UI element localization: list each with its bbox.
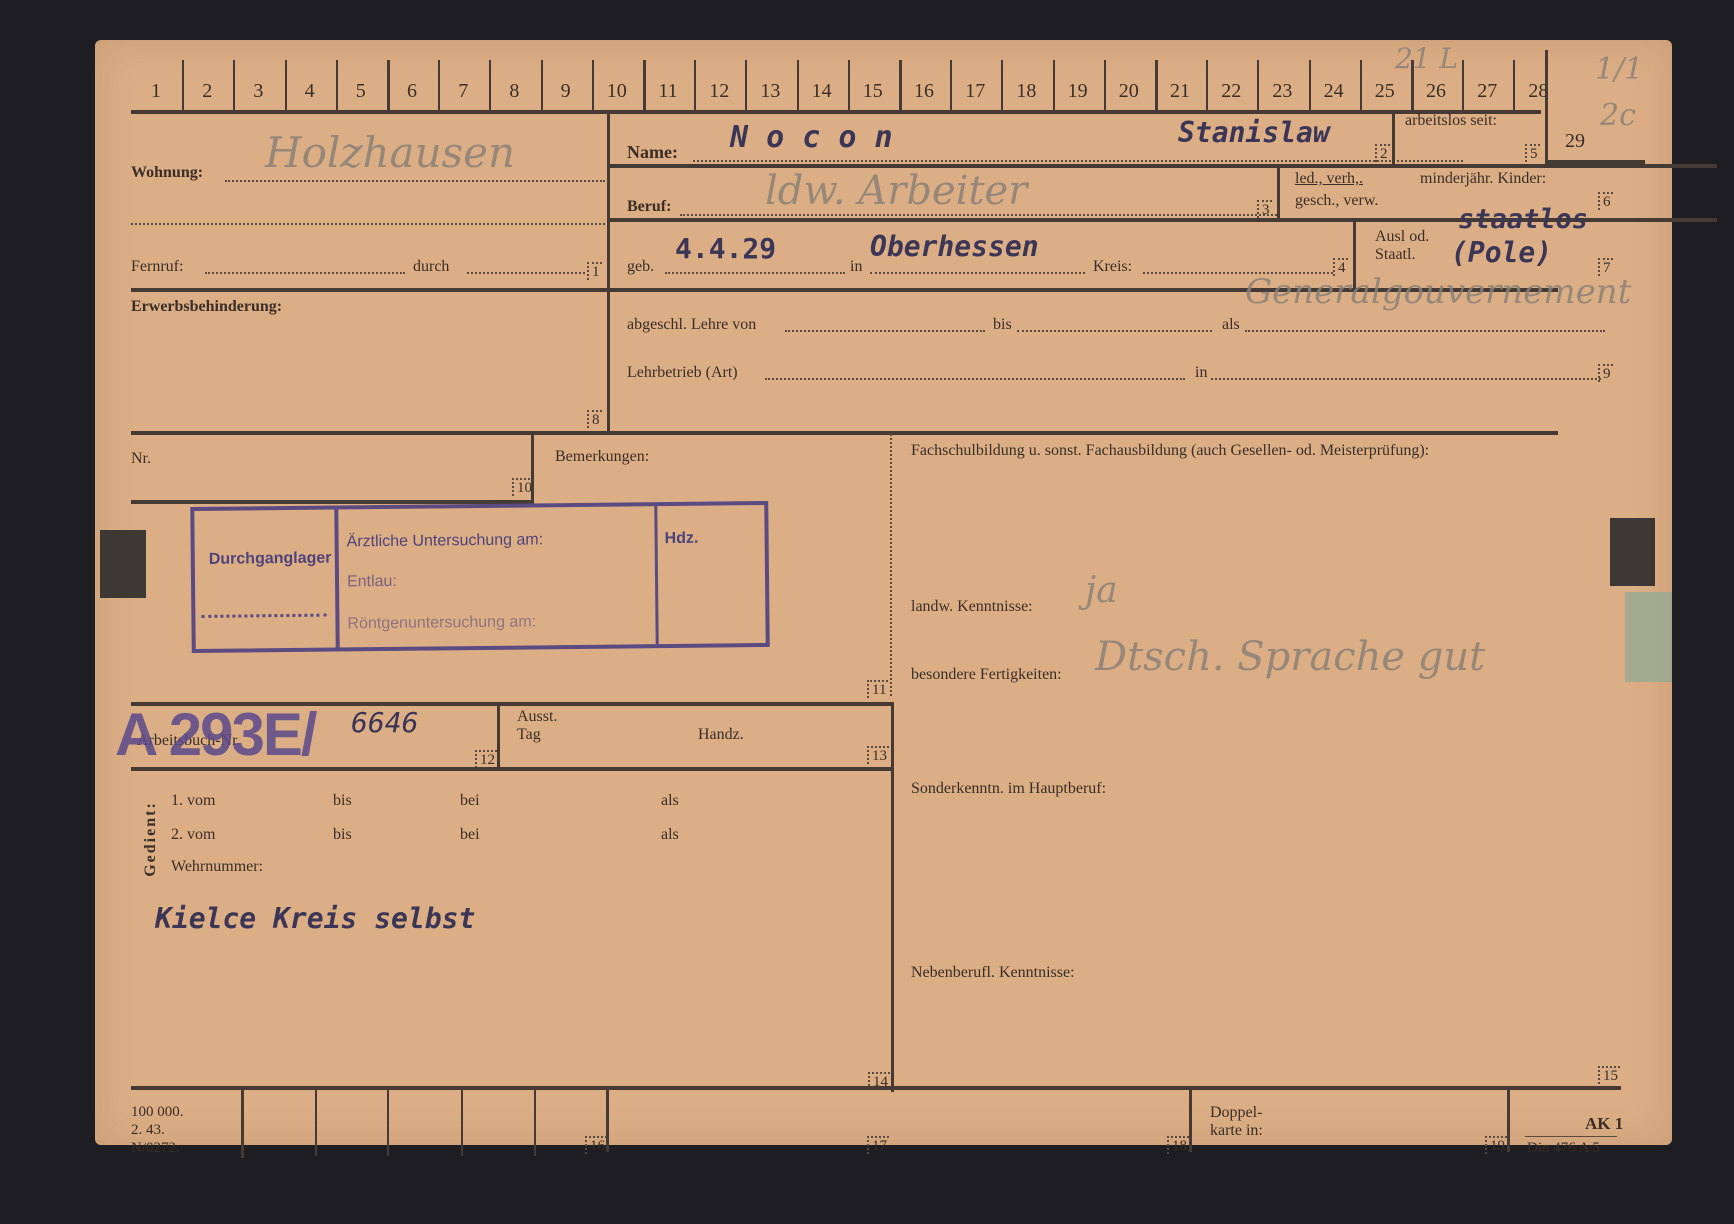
divider — [607, 110, 610, 432]
column-divider — [489, 60, 491, 110]
besondere-label: besondere Fertigkeiten: — [911, 666, 1062, 684]
wohnung-label: Wohnung: — [131, 164, 203, 182]
handz-label: Handz. — [698, 726, 744, 744]
divider — [131, 767, 893, 771]
gedient-bei-label: bei — [460, 826, 480, 844]
column-number-23: 23 — [1257, 80, 1307, 103]
dotted-divider — [890, 434, 892, 696]
field-number: 12 — [475, 750, 497, 768]
durch-label: durch — [413, 258, 449, 276]
column-number-15: 15 — [848, 80, 898, 103]
column-divider — [797, 60, 799, 110]
column-divider — [1053, 60, 1055, 110]
nationality-detail[interactable]: (Pole) — [1451, 236, 1552, 269]
divider — [1545, 50, 1548, 162]
divider — [461, 1088, 463, 1156]
field-number: 5 — [1525, 144, 1540, 162]
wohnung-value[interactable]: Holzhausen — [265, 128, 515, 177]
divider — [497, 702, 500, 770]
besondere-value[interactable]: Dtsch. Sprache gut — [1095, 634, 1485, 680]
field-number: 16 — [585, 1136, 607, 1154]
print-run: 100 000. — [131, 1104, 184, 1121]
column-divider — [694, 60, 696, 110]
landw-label: landw. Kenntnisse: — [911, 598, 1033, 616]
field-number: 3 — [1257, 200, 1272, 218]
column-number-12: 12 — [694, 80, 744, 103]
stamp-line2: Entlau: — [347, 573, 397, 592]
form-id: AK 1 — [1585, 1114, 1623, 1134]
column-number-25: 25 — [1360, 80, 1410, 103]
divider — [1189, 1088, 1192, 1152]
field-number: 9 — [1598, 364, 1613, 382]
field-number: 18 — [1167, 1136, 1189, 1154]
column-divider — [336, 60, 338, 110]
column-number-27: 27 — [1462, 80, 1512, 103]
stamp-line3: Röntgenuntersuchung am: — [347, 613, 536, 633]
gedient-label: Gedient: — [142, 801, 160, 877]
tag-label: Tag — [517, 726, 541, 744]
column-divider — [1309, 60, 1311, 110]
dotted-line — [870, 272, 1085, 274]
column-number-3: 3 — [233, 80, 283, 103]
fachschul-label: Fachschulbildung u. sonst. Fachausbildun… — [911, 442, 1429, 460]
arbeitslos-label: arbeitslos seit: — [1405, 112, 1497, 130]
surname-value[interactable]: N o c o n — [730, 120, 893, 155]
field-number: 17 — [867, 1136, 889, 1154]
column-number-14: 14 — [797, 80, 847, 103]
punch-hole — [1610, 518, 1655, 586]
field-number: 19 — [1485, 1136, 1507, 1154]
doppelkarte-label: Doppel- — [1210, 1104, 1262, 1122]
print-date: 2. 43. — [131, 1122, 165, 1139]
geb-label: geb. — [627, 258, 654, 276]
landw-value[interactable]: ja — [1085, 570, 1118, 611]
column-divider — [848, 60, 850, 110]
column-divider — [1155, 60, 1158, 110]
margin-note: 2c — [1600, 98, 1636, 133]
dotted-line — [665, 272, 845, 274]
column-number-7: 7 — [438, 80, 488, 103]
birthplace-value[interactable]: Oberhessen — [870, 230, 1039, 263]
column-divider — [387, 60, 390, 110]
dotted-line — [693, 160, 1463, 162]
sonder-label: Sonderkenntn. im Hauptberuf: — [911, 780, 1106, 798]
column-divider — [438, 60, 440, 110]
beruf-value[interactable]: ldw. Arbeiter — [765, 168, 1027, 214]
column-divider — [1206, 60, 1208, 110]
dotted-line — [225, 180, 605, 182]
column-divider — [950, 60, 952, 110]
column-divider — [1257, 60, 1259, 110]
column-number-9: 9 — [541, 80, 591, 103]
divider — [131, 110, 1541, 114]
familienstand-line2: gesch., verw. — [1295, 192, 1378, 210]
column-divider — [592, 60, 594, 110]
kielce-value[interactable]: Kielce Kreis selbst — [155, 902, 475, 935]
neben-label: Nebenberufl. Kenntnisse: — [911, 964, 1075, 982]
column-number-22: 22 — [1206, 80, 1256, 103]
dotted-line — [765, 378, 1185, 380]
divider — [891, 702, 894, 1092]
kreis-label: Kreis: — [1093, 258, 1132, 276]
column-number-11: 11 — [643, 80, 693, 103]
dotted-line — [1017, 330, 1212, 332]
field-number: 13 — [867, 746, 889, 764]
column-number-8: 8 — [489, 80, 539, 103]
field-number: 8 — [587, 410, 602, 428]
stain — [1625, 592, 1672, 682]
divider — [1507, 1088, 1510, 1152]
nr-label: Nr. — [131, 450, 151, 468]
doppelkarte-label2: karte in: — [1210, 1122, 1263, 1140]
bemerkungen-label: Bemerkungen: — [555, 448, 649, 466]
divider — [531, 432, 534, 504]
divider — [315, 1088, 317, 1156]
staatl-label: Staatl. — [1375, 246, 1415, 264]
divider — [131, 431, 1558, 435]
column-divider — [541, 60, 543, 110]
lehre-label: abgeschl. Lehre von — [627, 316, 756, 334]
nationality-value[interactable]: staatlos — [1458, 204, 1588, 235]
column-divider — [1462, 60, 1464, 110]
field-number: 6 — [1598, 192, 1613, 210]
field-number: 2 — [1375, 144, 1390, 162]
dotted-line — [1211, 378, 1601, 380]
column-number-6: 6 — [387, 80, 437, 103]
lehre-als-label: als — [1222, 316, 1240, 334]
column-divider — [745, 60, 747, 110]
divider — [131, 1086, 1621, 1090]
arbeitsbuch-number[interactable]: 6646 — [351, 706, 418, 739]
ausl-label: Ausl od. — [1375, 228, 1429, 246]
gedient-als-label: als — [661, 826, 679, 844]
column-number-24: 24 — [1309, 80, 1359, 103]
field-number: 11 — [867, 680, 888, 698]
gedient-bei-label: bei — [460, 792, 480, 810]
name-label: Name: — [627, 142, 678, 163]
gedient-vom-label: 2. vom — [171, 826, 215, 844]
print-number: N/0272. — [131, 1140, 180, 1157]
column-number-5: 5 — [336, 80, 386, 103]
divider — [387, 1088, 389, 1156]
field-number: 15 — [1598, 1066, 1620, 1084]
column-divider — [182, 60, 184, 110]
column-divider — [233, 60, 235, 110]
column-number-1: 1 — [131, 80, 181, 103]
column-number-20: 20 — [1104, 80, 1154, 103]
wehrnummer-label: Wehrnummer: — [171, 858, 263, 876]
lehre-bis-label: bis — [993, 316, 1012, 334]
column-number-21: 21 — [1155, 80, 1205, 103]
column-number-10: 10 — [592, 80, 642, 103]
column-number-29: 29 — [1550, 130, 1600, 153]
column-divider — [285, 60, 287, 110]
punch-hole — [100, 530, 146, 598]
dotted-line — [205, 272, 405, 274]
divider — [1277, 164, 1280, 220]
gedient-als-label: als — [661, 792, 679, 810]
stamp-hdz: Hdz. — [665, 530, 699, 548]
divider — [1392, 110, 1395, 166]
fernruf-label: Fernruf: — [131, 258, 183, 276]
column-number-28: 28 — [1513, 80, 1563, 103]
column-divider — [1360, 60, 1362, 110]
column-divider — [643, 60, 646, 110]
divider — [534, 1088, 536, 1156]
column-divider — [899, 60, 902, 110]
din-format: Din 476 A 5 — [1527, 1140, 1600, 1157]
stamp-lager: Durchganglager — [209, 550, 332, 569]
column-number-16: 16 — [899, 80, 949, 103]
column-number-4: 4 — [285, 80, 335, 103]
familienstand-line1[interactable]: led., verh,. — [1295, 170, 1363, 188]
gedient-bis-label: bis — [333, 826, 352, 844]
dotted-line — [1245, 330, 1605, 332]
handwritten-note: Generalgouvernement — [1245, 272, 1631, 312]
margin-note: 1/1 — [1595, 52, 1643, 87]
in-label: in — [850, 258, 862, 276]
divider — [241, 1088, 244, 1158]
index-card: 1234567891011121314151617181920212223242… — [95, 40, 1672, 1145]
column-divider — [1001, 60, 1003, 110]
arbeitsbuch-stamp: A 293E/ — [115, 700, 316, 769]
firstname-value[interactable]: Stanislaw — [1178, 116, 1330, 149]
column-divider — [1104, 60, 1106, 110]
lehrbetrieb-in-label: in — [1195, 364, 1207, 382]
field-number: 1 — [587, 262, 602, 280]
dotted-line — [467, 272, 585, 274]
column-number-17: 17 — [950, 80, 1000, 103]
kinder-label: minderjähr. Kinder: — [1420, 170, 1546, 188]
erwerbsbehinderung-label: Erwerbsbehinderung: — [131, 298, 282, 316]
durchgangslager-stamp: Durchganglager Ärztliche Untersuchung am… — [190, 501, 769, 653]
column-number-19: 19 — [1053, 80, 1103, 103]
beruf-label: Beruf: — [627, 198, 671, 216]
dotted-line — [680, 214, 1280, 216]
margin-note: 21 L — [1395, 42, 1458, 75]
gedient-bis-label: bis — [333, 792, 352, 810]
column-number-2: 2 — [182, 80, 232, 103]
ausst-label: Ausst. — [517, 708, 557, 726]
stamp-line1: Ärztliche Untersuchung am: — [347, 531, 544, 551]
column-divider — [1513, 60, 1515, 110]
column-number-13: 13 — [745, 80, 795, 103]
birthdate-value[interactable]: 4.4.29 — [675, 232, 776, 265]
lehrbetrieb-label: Lehrbetrieb (Art) — [627, 364, 738, 382]
column-number-18: 18 — [1001, 80, 1051, 103]
column-number-26: 26 — [1411, 80, 1461, 103]
dotted-line — [131, 223, 605, 225]
dotted-line — [785, 330, 985, 332]
gedient-vom-label: 1. vom — [171, 792, 215, 810]
